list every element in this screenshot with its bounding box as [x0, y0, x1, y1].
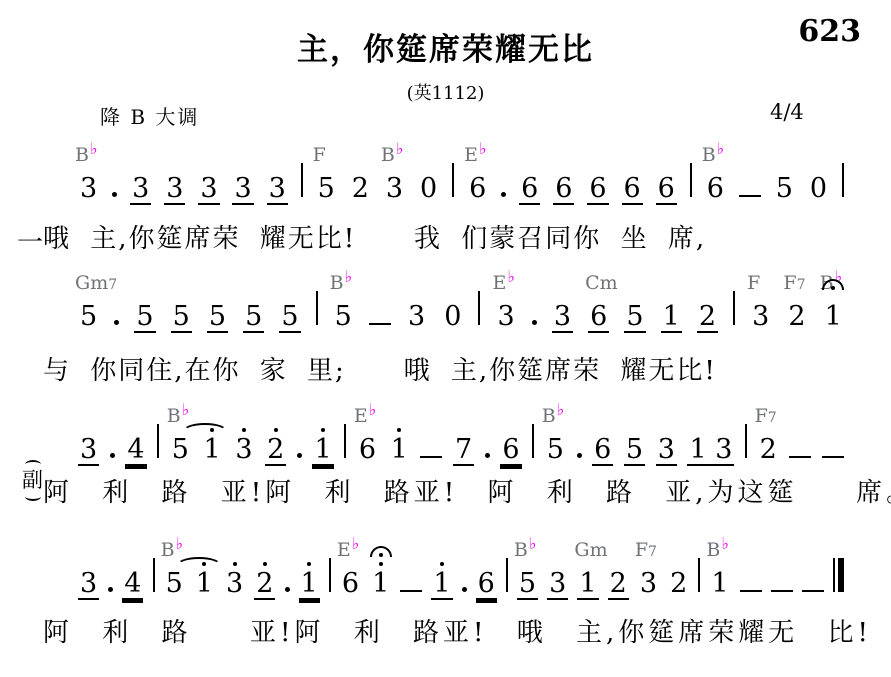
- octave-dot-icon: [210, 428, 214, 432]
- dash-note: [822, 456, 844, 458]
- note: 1 3: [687, 436, 734, 466]
- note: F72: [758, 436, 779, 463]
- note-value: 5: [136, 301, 153, 332]
- chord-symbol: B♭: [330, 274, 353, 293]
- hymn-page: 主，你筵席荣耀无比 623 (英1112) 降 B 大调 4/4 B♭33333…: [0, 0, 891, 677]
- note: 6: [476, 570, 497, 600]
- note-value: 3: [752, 301, 769, 332]
- note: 6: [622, 175, 643, 205]
- chord-symbol: Gm7: [75, 274, 117, 293]
- note: 5: [207, 303, 228, 333]
- note: F3: [750, 303, 771, 330]
- note: 2: [697, 303, 718, 333]
- note: 3: [547, 570, 568, 600]
- dash-note: [740, 590, 762, 592]
- note-value: 6: [589, 173, 606, 204]
- barline: [344, 424, 346, 458]
- refrain-marker: 副: [22, 460, 43, 501]
- note: 5: [279, 303, 300, 333]
- chord-letter: B: [702, 144, 716, 166]
- flat-icon: ♭: [352, 534, 360, 553]
- key-signature: 降 B 大调: [100, 101, 199, 130]
- chord-letter: E: [464, 144, 478, 166]
- chord-letter: B: [330, 272, 344, 294]
- note: 1: [312, 436, 333, 466]
- flat-icon: ♭: [176, 534, 184, 553]
- note-value: 5: [173, 301, 190, 332]
- note-value: 1: [204, 434, 221, 465]
- octave-dot-icon: [233, 562, 237, 566]
- chord-letter: 7: [797, 277, 806, 293]
- note-value: 5: [281, 301, 298, 332]
- note: 3: [78, 570, 99, 600]
- note-value: 3: [408, 301, 425, 332]
- barline: [316, 291, 318, 325]
- note: 5: [243, 303, 264, 333]
- note: 6: [656, 175, 677, 205]
- note: B♭5: [545, 436, 566, 463]
- note-value: 2: [670, 568, 687, 599]
- chord-letter: m: [600, 272, 618, 294]
- chord-symbol: B♭: [75, 146, 98, 165]
- note: 1: [370, 570, 391, 597]
- flat-icon: ♭: [369, 400, 377, 419]
- note-value: 5: [626, 434, 643, 465]
- note-value: 5: [519, 568, 536, 599]
- note: 1: [299, 570, 320, 600]
- note-value: 3: [234, 173, 251, 204]
- note: 5: [134, 303, 155, 333]
- note-value: 6: [478, 568, 495, 599]
- note-value: 5: [209, 301, 226, 332]
- chord-letter: B: [514, 539, 528, 561]
- lyrics-line-2: 与 你同住,在你 家 里; 哦 主,你筵席荣 耀无比!: [43, 350, 717, 387]
- note: 4: [122, 570, 143, 600]
- note: 4: [125, 436, 146, 466]
- note-value: 5: [318, 173, 335, 204]
- note-value: 6: [359, 434, 376, 465]
- barline: [698, 558, 700, 592]
- note-value: 3: [269, 173, 286, 204]
- barline: [301, 163, 303, 197]
- barline: [506, 558, 508, 592]
- note-value: 6: [342, 568, 359, 599]
- final-barline: [833, 558, 844, 592]
- note-value: 2: [267, 434, 284, 465]
- note: 6: [592, 436, 613, 466]
- note: E♭3: [496, 303, 517, 330]
- chord-letter: B: [381, 144, 395, 166]
- chord-symbol: E♭: [354, 407, 376, 426]
- note: 6: [500, 436, 521, 466]
- note: Gm75: [78, 303, 99, 330]
- dot-note: [114, 320, 119, 325]
- music-line-3: 34B♭51321E♭6176B♭56531 3F72: [78, 424, 844, 467]
- note: B♭5: [164, 570, 185, 597]
- chord-symbol: B♭: [514, 541, 537, 560]
- note: B♭1: [709, 570, 730, 597]
- chord-letter: E: [354, 405, 368, 427]
- music-line-4: 34B♭51321E♭6116B♭53Gm12F732B♭1: [78, 558, 844, 601]
- note: 3: [232, 175, 253, 205]
- note: 6: [519, 175, 540, 205]
- dash-note: [739, 195, 761, 197]
- flat-icon: ♭: [717, 139, 725, 158]
- chord-symbol: F: [313, 146, 326, 165]
- note: 3: [198, 175, 219, 205]
- note-value: 1: [301, 568, 318, 599]
- dot-note: [108, 587, 113, 592]
- note-value: 3: [554, 301, 571, 332]
- note: 7: [453, 436, 474, 466]
- chord-letter: B: [75, 144, 89, 166]
- note-value: 3: [80, 173, 97, 204]
- note: 3: [233, 436, 254, 463]
- chord-symbol: F7: [755, 407, 777, 426]
- chord-letter: B: [161, 539, 175, 561]
- note-value: 1: [711, 568, 728, 599]
- flat-icon: ♭: [90, 139, 98, 158]
- chord-letter: 7: [648, 544, 657, 560]
- dot-note: [112, 192, 117, 197]
- note-value: 1 3: [689, 434, 732, 465]
- barline: [690, 163, 692, 197]
- note-value: 1: [314, 434, 331, 465]
- chord-letter: F: [635, 539, 648, 561]
- chord-letter: C: [585, 272, 600, 294]
- octave-dot-icon: [242, 428, 246, 432]
- note: B♭3: [78, 175, 99, 202]
- octave-dot-icon: [274, 428, 278, 432]
- note-value: 5: [626, 301, 643, 332]
- chord-symbol: E♭: [493, 274, 515, 293]
- note-value: 5: [80, 301, 97, 332]
- barline: [452, 163, 454, 197]
- note: 3: [224, 570, 245, 597]
- note-value: 3: [549, 568, 566, 599]
- note-value: 0: [444, 301, 461, 332]
- octave-dot-icon: [263, 562, 267, 566]
- chord-symbol: B♭: [167, 407, 190, 426]
- note: 1: [194, 570, 215, 597]
- chord-symbol: Cm: [585, 274, 618, 293]
- note-value: 1: [663, 301, 680, 332]
- chord-symbol: B♭: [542, 407, 565, 426]
- note-value: 3: [226, 568, 243, 599]
- note: 5: [624, 436, 645, 466]
- note: 3: [267, 175, 288, 205]
- refrain-paren-bottom-icon: [25, 492, 41, 501]
- note-value: 6: [590, 301, 607, 332]
- chord-letter: 7: [108, 277, 117, 293]
- chord-symbol: F7: [783, 274, 805, 293]
- chord-letter: m: [90, 272, 108, 294]
- note: B♭6: [705, 175, 726, 202]
- chord-letter: F: [783, 272, 796, 294]
- flat-icon: ♭: [396, 139, 404, 158]
- note: 6: [553, 175, 574, 205]
- note: B♭5: [333, 303, 354, 330]
- note: F5: [316, 175, 337, 202]
- chord-letter: G: [574, 539, 589, 561]
- note: 1: [202, 436, 223, 463]
- note: 1: [389, 436, 410, 463]
- note-value: 5: [335, 301, 352, 332]
- note-value: 3: [166, 173, 183, 204]
- note-value: 1: [433, 568, 450, 599]
- note: E♭6: [467, 175, 488, 202]
- barline: [532, 424, 534, 458]
- chord-letter: F: [755, 405, 768, 427]
- octave-dot-icon: [307, 562, 311, 566]
- note-value: 3: [80, 568, 97, 599]
- note: 2: [668, 570, 689, 597]
- note: Cm6: [588, 303, 609, 333]
- chord-letter: E: [337, 539, 351, 561]
- barline: [153, 558, 155, 592]
- chord-letter: 7: [768, 410, 777, 426]
- lyrics-line-refrain: 阿 利 路 亚!阿 利 路亚! 阿 利 路 亚,为这筵 席。: [43, 472, 891, 509]
- note-value: 1: [825, 301, 842, 332]
- note: 0: [808, 175, 829, 202]
- note-value: 3: [200, 173, 217, 204]
- note-value: 4: [124, 568, 141, 599]
- chord-symbol: E♭: [337, 541, 359, 560]
- note-value: 3: [132, 173, 149, 204]
- note-value: 3: [386, 173, 403, 204]
- note: F73: [638, 570, 659, 597]
- note-value: 3: [235, 434, 252, 465]
- dot-note: [297, 453, 302, 458]
- note-value: 6: [521, 173, 538, 204]
- dash-note: [369, 323, 391, 325]
- chord-symbol: E♭: [464, 146, 486, 165]
- note: 3: [656, 436, 677, 466]
- dash-note: [771, 590, 793, 592]
- note: 3: [164, 175, 185, 205]
- note-value: 5: [776, 173, 793, 204]
- note: 3: [78, 436, 99, 466]
- chord-letter: F: [313, 144, 326, 166]
- note: B♭5: [517, 570, 538, 600]
- note: B♭5: [170, 436, 191, 463]
- flat-icon: ♭: [529, 534, 537, 553]
- octave-dot-icon: [397, 428, 401, 432]
- flat-icon: ♭: [479, 139, 487, 158]
- flat-icon: ♭: [182, 400, 190, 419]
- note-value: 1: [391, 434, 408, 465]
- note-value: 2: [352, 173, 369, 204]
- note-value: 3: [80, 434, 97, 465]
- note-value: 3: [658, 434, 675, 465]
- note: 6: [587, 175, 608, 205]
- note: 5: [774, 175, 795, 202]
- note-value: 5: [172, 434, 189, 465]
- note-value: 3: [640, 568, 657, 599]
- note: 2: [608, 570, 629, 600]
- chord-symbol: B♭: [381, 146, 404, 165]
- note: 2: [350, 175, 371, 202]
- note-value: 2: [256, 568, 273, 599]
- note-value: 6: [594, 434, 611, 465]
- chord-letter: m: [590, 539, 608, 561]
- note-value: 2: [699, 301, 716, 332]
- octave-dot-icon: [202, 562, 206, 566]
- dot-note: [501, 192, 506, 197]
- octave-dot-icon: [379, 562, 383, 566]
- note-value: 6: [469, 173, 486, 204]
- note-value: 1: [196, 568, 213, 599]
- note: 0: [418, 175, 439, 202]
- lyrics-line-4: 阿 利 路 亚!阿 利 路亚! 哦 主,你筵席荣耀无 比!: [43, 612, 872, 649]
- note-value: 1: [372, 568, 389, 599]
- note-value: 1: [579, 568, 596, 599]
- note-value: 5: [547, 434, 564, 465]
- chord-symbol: F: [747, 274, 760, 293]
- flat-icon: ♭: [345, 267, 353, 286]
- note: E♭6: [357, 436, 378, 463]
- chord-symbol: B♭: [702, 146, 725, 165]
- note: E♭6: [340, 570, 361, 597]
- note-value: 2: [760, 434, 777, 465]
- flat-icon: ♭: [721, 534, 729, 553]
- note-value: 7: [455, 434, 472, 465]
- note: F72: [786, 303, 807, 330]
- barline: [733, 291, 735, 325]
- chord-symbol: B♭: [161, 541, 184, 560]
- note-value: 2: [788, 301, 805, 332]
- barline: [842, 163, 844, 197]
- note: 5: [171, 303, 192, 333]
- barline: [157, 424, 159, 458]
- dot-note: [110, 453, 115, 458]
- verse-number: 一: [17, 222, 43, 259]
- octave-dot-icon: [440, 562, 444, 566]
- page-title: 主，你筵席荣耀无比: [0, 24, 891, 69]
- time-signature: 4/4: [770, 100, 804, 124]
- note: Gm1: [577, 570, 598, 600]
- dot-note: [485, 453, 490, 458]
- dash-note: [420, 456, 442, 458]
- note: 3: [130, 175, 151, 205]
- dot-note: [462, 587, 467, 592]
- note: 0: [442, 303, 463, 330]
- dot-note: [532, 320, 537, 325]
- dash-note: [802, 590, 824, 592]
- note-value: 5: [245, 301, 262, 332]
- hymn-number: 623: [798, 14, 861, 49]
- chord-letter: F: [747, 272, 760, 294]
- music-line-1: B♭333333F52B♭30E♭666666B♭650: [78, 163, 844, 206]
- note: B♭1: [823, 303, 844, 330]
- refrain-label: 副: [22, 469, 43, 492]
- flat-icon: ♭: [507, 267, 515, 286]
- chord-letter: B: [542, 405, 556, 427]
- note-value: 4: [127, 434, 144, 465]
- dash-note: [789, 456, 811, 458]
- octave-dot-icon: [321, 428, 325, 432]
- note-value: 6: [624, 173, 641, 204]
- note: 5: [624, 303, 645, 333]
- note-value: 6: [658, 173, 675, 204]
- note: 2: [254, 570, 275, 600]
- barline: [329, 558, 331, 592]
- note: B♭3: [384, 175, 405, 202]
- note: 2: [265, 436, 286, 466]
- note: 3: [406, 303, 427, 330]
- note: 1: [431, 570, 452, 600]
- dash-note: [400, 590, 422, 592]
- note-value: 5: [166, 568, 183, 599]
- note: 3: [552, 303, 573, 333]
- note-value: 6: [555, 173, 572, 204]
- note-value: 3: [498, 301, 515, 332]
- barline: [478, 291, 480, 325]
- dot-note: [285, 587, 290, 592]
- note-value: 6: [707, 173, 724, 204]
- note-value: 2: [610, 568, 627, 599]
- lyrics-line-1: 哦 主,你筵席荣 耀无比! 我 们蒙召同你 坐 席,: [43, 218, 706, 255]
- flat-icon: ♭: [557, 400, 565, 419]
- note-value: 0: [420, 173, 437, 204]
- fermata-icon: [370, 546, 392, 557]
- note: 1: [661, 303, 682, 333]
- chord-letter: E: [493, 272, 507, 294]
- note-value: 6: [502, 434, 519, 465]
- dot-note: [577, 453, 582, 458]
- chord-symbol: Gm: [574, 541, 607, 560]
- chord-symbol: B♭: [706, 541, 729, 560]
- chord-symbol: F7: [635, 541, 657, 560]
- barline: [745, 424, 747, 458]
- chord-letter: B: [706, 539, 720, 561]
- chord-letter: B: [167, 405, 181, 427]
- note-value: 0: [810, 173, 827, 204]
- chord-letter: G: [75, 272, 90, 294]
- music-line-2: Gm7555555B♭530E♭33Cm6512F3F72B♭1: [78, 291, 844, 334]
